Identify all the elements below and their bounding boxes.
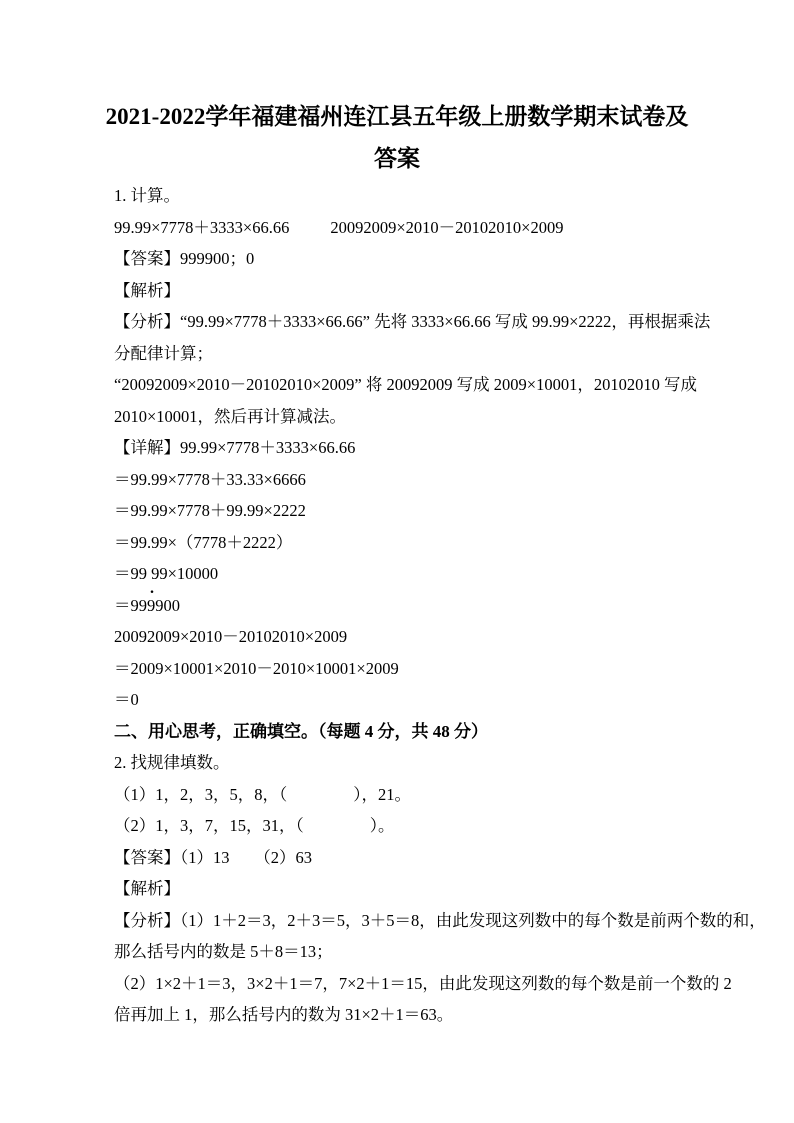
q1-detail-line-text: ＝99 99×10000 (114, 564, 218, 583)
q1-detail-line: ＝99.99×（7778＋2222） (114, 527, 754, 559)
q1-analysis-line: 分配律计算； (114, 338, 754, 370)
q1-expression-left: 99.99×7778＋3333×66.66 (114, 218, 289, 237)
document-title-line-2: 答案 (0, 138, 794, 180)
q1-analysis-line: 【分析】“99.99×7778＋3333×66.66” 先将 3333×66.6… (114, 306, 754, 338)
q2-analysis-line: （2）1×2＋1＝3，3×2＋1＝7，7×2＋1＝15，由此发现这列数的每个数是… (114, 968, 754, 1000)
q1-expressions-row: 99.99×7778＋3333×66.6620092009×2010－20102… (114, 212, 754, 244)
document-body: 1. 计算。 99.99×7778＋3333×66.6620092009×201… (0, 180, 794, 1031)
misplaced-decimal-point: . (150, 581, 154, 597)
document-title-line-1: 2021-2022学年福建福州连江县五年级上册数学期末试卷及 (0, 96, 794, 138)
q1-detail-line: 【详解】99.99×7778＋3333×66.66 (114, 432, 754, 464)
q1-analysis-line: “20092009×2010－20102010×2009” 将 20092009… (114, 369, 754, 401)
q2-analysis-header: 【解析】 (114, 873, 754, 905)
q2-analysis-line: 倍再加上 1，那么括号内的数为 31×2＋1＝63。 (114, 999, 754, 1031)
exam-document-page: 2021-2022学年福建福州连江县五年级上册数学期末试卷及 答案 1. 计算。… (0, 0, 794, 1123)
q2-blank-line: （1）1，2，3，5，8，（ ），21。 (114, 779, 754, 811)
section2-header: 二、用心思考，正确填空。（每题 4 分，共 48 分） (114, 716, 754, 748)
q1-analysis-header: 【解析】 (114, 275, 754, 307)
q1-detail-line: ＝999900 (114, 590, 754, 622)
q2-answer: 【答案】（1）13 （2）63 (114, 842, 754, 874)
q1-detail-line: ＝0 (114, 684, 754, 716)
q1-analysis-line: 2010×10001，然后再计算减法。 (114, 401, 754, 433)
q2-analysis-line: 【分析】（1）1＋2＝3，2＋3＝5，3＋5＝8，由此发现这列数中的每个数是前两… (114, 905, 754, 937)
q1-detail-line: ＝99.99×7778＋99.99×2222 (114, 495, 754, 527)
q1-label: 1. 计算。 (114, 180, 754, 212)
q2-blank-line: （2）1，3，7，15，31，（ ）。 (114, 810, 754, 842)
q1-detail-line: ＝2009×10001×2010－2010×10001×2009 (114, 653, 754, 685)
q1-answer: 【答案】999900；0 (114, 243, 754, 275)
q1-detail-line: 20092009×2010－20102010×2009 (114, 621, 754, 653)
q2-label: 2. 找规律填数。 (114, 747, 754, 779)
q2-analysis-line: 那么括号内的数是 5＋8＝13； (114, 936, 754, 968)
q1-detail-line: ＝99 99×10000. (114, 558, 754, 590)
q1-expression-right: 20092009×2010－20102010×2009 (330, 218, 563, 237)
q1-detail-line: ＝99.99×7778＋33.33×6666 (114, 464, 754, 496)
document-title: 2021-2022学年福建福州连江县五年级上册数学期末试卷及 答案 (0, 0, 794, 180)
